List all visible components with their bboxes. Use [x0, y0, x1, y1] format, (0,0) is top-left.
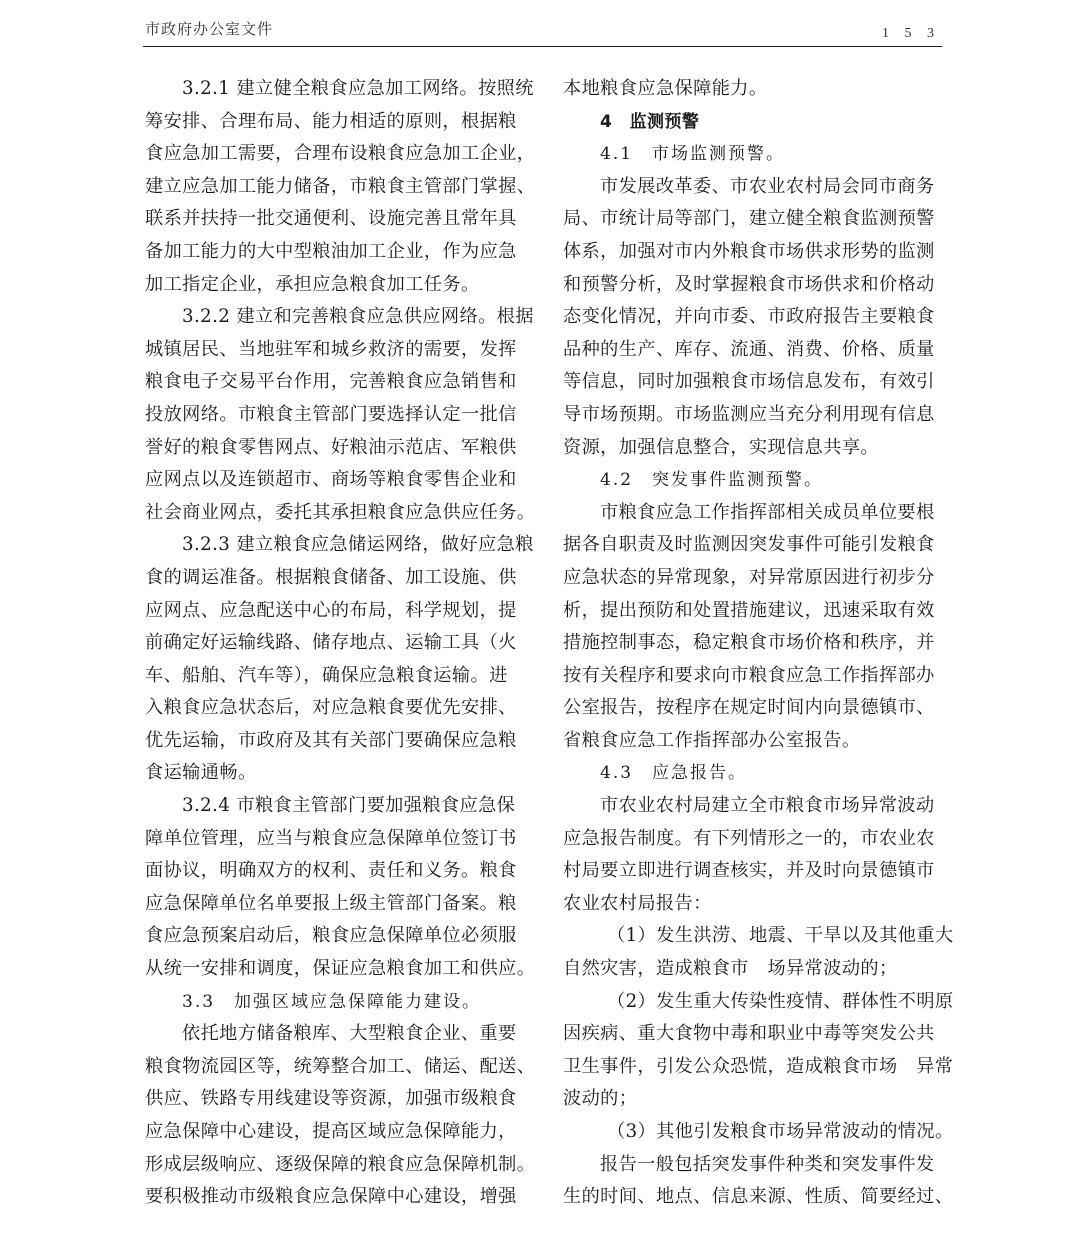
section-heading: 4 监测预警	[563, 106, 945, 139]
text-line: 等信息，同时加强粮食市场信息发布，有效引	[563, 366, 945, 399]
page-header: 市政府办公室文件 1 5 3	[143, 16, 942, 47]
text-line: 省粮食应急工作指挥部办公室报告。	[563, 725, 945, 758]
text-line: 体系，加强对市内外粮食市场供求形势的监测	[563, 236, 945, 269]
left-column: 3.2.1 建立健全粮食应急加工网络。按照统筹安排、合理布局、能力相适的原则，根…	[145, 73, 527, 1214]
text-line: 入粮食应急状态后，对应急粮食要优先安排、	[145, 692, 527, 725]
text-line: 建立应急加工能力储备，市粮食主管部门掌握、	[145, 171, 527, 204]
text-line: 3.2.2 建立和完善粮食应急供应网络。根据	[145, 301, 527, 334]
text-line: 措施控制事态，稳定粮食市场价格和秩序，并	[563, 627, 945, 660]
subsection-heading: 3.3 加强区域应急保障能力建设。	[145, 986, 527, 1019]
text-line: 波动的；	[563, 1083, 945, 1116]
text-line: 筹安排、合理布局、能力相适的原则，根据粮	[145, 106, 527, 139]
text-line: 3.2.1 建立健全粮食应急加工网络。按照统	[145, 73, 527, 106]
text-line: 据各自职责及时监测因突发事件可能引发粮食	[563, 529, 945, 562]
text-line: 面协议，明确双方的权利、责任和义务。粮食	[145, 855, 527, 888]
text-line: 本地粮食应急保障能力。	[563, 73, 945, 106]
text-line: 市发展改革委、市农业农村局会同市商务	[563, 171, 945, 204]
subsection-heading: 4.2 突发事件监测预警。	[563, 464, 945, 497]
text-line: 粮食电子交易平台作用，完善粮食应急销售和	[145, 366, 527, 399]
text-line: 联系并扶持一批交通便利、设施完善且常年具	[145, 203, 527, 236]
text-line: 3.2.4 市粮食主管部门要加强粮食应急保	[145, 790, 527, 823]
text-line: 应急保障单位名单要报上级主管部门备案。粮	[145, 888, 527, 921]
text-line: （1）发生洪涝、地震、干旱以及其他重大	[563, 920, 945, 953]
text-line: （2）发生重大传染性疫情、群体性不明原	[563, 986, 945, 1019]
text-line: 备加工能力的大中型粮油加工企业，作为应急	[145, 236, 527, 269]
text-line: 应网点、应急配送中心的布局，科学规划，提	[145, 595, 527, 628]
subsection-heading: 4.1 市场监测预警。	[563, 138, 945, 171]
text-line: 障单位管理，应当与粮食应急保障单位签订书	[145, 823, 527, 856]
text-line: 和预警分析，及时掌握粮食市场供求和价格动	[563, 269, 945, 302]
text-line: 供应、铁路专用线建设等资源，加强市级粮食	[145, 1083, 527, 1116]
text-line: 局、市统计局等部门，建立健全粮食监测预警	[563, 203, 945, 236]
text-line: 依托地方储备粮库、大型粮食企业、重要	[145, 1018, 527, 1051]
text-line: 市粮食应急工作指挥部相关成员单位要根	[563, 497, 945, 530]
text-line: 应急报告制度。有下列情形之一的，市农业农	[563, 823, 945, 856]
text-line: 态变化情况，并向市委、市政府报告主要粮食	[563, 301, 945, 334]
text-line: 析，提出预防和处置措施建议，迅速采取有效	[563, 595, 945, 628]
text-line: 前确定好运输线路、储存地点、运输工具（火	[145, 627, 527, 660]
text-line: 报告一般包括突发事件种类和突发事件发	[563, 1149, 945, 1182]
subsection-heading: 4.3 应急报告。	[563, 757, 945, 790]
text-line: 优先运输，市政府及其有关部门要确保应急粮	[145, 725, 527, 758]
text-line: 粮食物流园区等，统筹整合加工、储运、配送、	[145, 1051, 527, 1084]
text-line: 村局要立即进行调查核实，并及时向景德镇市	[563, 855, 945, 888]
text-line: 食应急加工需要，合理布设粮食应急加工企业，	[145, 138, 527, 171]
text-line: 按有关程序和要求向市粮食应急工作指挥部办	[563, 660, 945, 693]
text-line: 公室报告，按程序在规定时间内向景德镇市、	[563, 692, 945, 725]
text-line: 品种的生产、库存、流通、消费、价格、质量	[563, 334, 945, 367]
text-line: 应急状态的异常现象，对异常原因进行初步分	[563, 562, 945, 595]
text-line: 因疾病、重大食物中毒和职业中毒等突发公共	[563, 1018, 945, 1051]
page-number: 1 5 3	[882, 26, 940, 42]
text-line: 农业农村局报告：	[563, 888, 945, 921]
text-line: （3）其他引发粮食市场异常波动的情况。	[563, 1116, 945, 1149]
text-line: 加工指定企业，承担应急粮食加工任务。	[145, 269, 527, 302]
text-line: 车、船舶、汽车等），确保应急粮食运输。进	[145, 660, 527, 693]
text-line: 誉好的粮食零售网点、好粮油示范店、军粮供	[145, 432, 527, 465]
text-line: 导市场预期。市场监测应当充分利用现有信息	[563, 399, 945, 432]
text-line: 3.2.3 建立粮食应急储运网络，做好应急粮	[145, 529, 527, 562]
right-column: 本地粮食应急保障能力。4 监测预警4.1 市场监测预警。市发展改革委、市农业农村…	[563, 73, 945, 1214]
text-line: 食运输通畅。	[145, 757, 527, 790]
text-line: 应网点以及连锁超市、商场等粮食零售企业和	[145, 464, 527, 497]
document-source-title: 市政府办公室文件	[145, 18, 273, 39]
text-line: 投放网络。市粮食主管部门要选择认定一批信	[145, 399, 527, 432]
text-line: 城镇居民、当地驻军和城乡救济的需要，发挥	[145, 334, 527, 367]
text-line: 从统一安排和调度，保证应急粮食加工和供应。	[145, 953, 527, 986]
text-line: 食应急预案启动后，粮食应急保障单位必须服	[145, 920, 527, 953]
text-line: 食的调运准备。根据粮食储备、加工设施、供	[145, 562, 527, 595]
text-line: 形成层级响应、逐级保障的粮食应急保障机制。	[145, 1149, 527, 1182]
text-line: 资源，加强信息整合，实现信息共享。	[563, 432, 945, 465]
text-line: 生的时间、地点、信息来源、性质、简要经过、	[563, 1181, 945, 1214]
text-line: 市农业农村局建立全市粮食市场异常波动	[563, 790, 945, 823]
text-line: 应急保障中心建设，提高区域应急保障能力，	[145, 1116, 527, 1149]
text-line: 自然灾害，造成粮食市 场异常波动的；	[563, 953, 945, 986]
text-line: 要积极推动市级粮食应急保障中心建设，增强	[145, 1181, 527, 1214]
text-line: 社会商业网点，委托其承担粮食应急供应任务。	[145, 497, 527, 530]
text-line: 卫生事件，引发公众恐慌，造成粮食市场 异常	[563, 1051, 945, 1084]
